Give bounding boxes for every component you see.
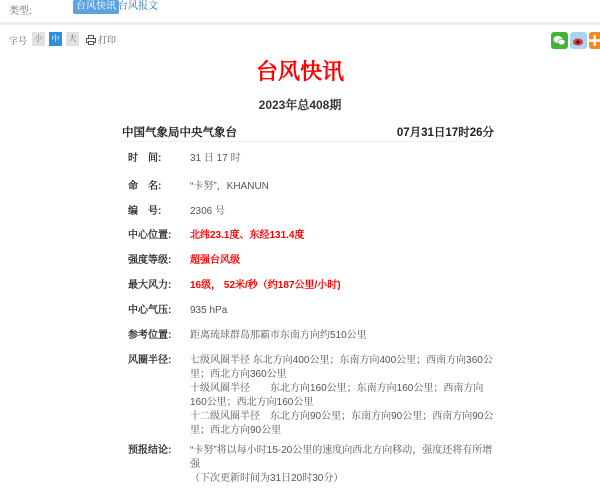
field-value: “卡努”将以每小时15-20公里的速度向西北方向移动，强度还将有所增强 （下次更… [190,444,500,486]
print-label: 打印 [98,33,116,46]
field-value: 16级， 52米/秒（约187公里/小时) [190,279,500,293]
field-label: 参考位置: [128,329,190,343]
wind-radius-10: 十级风圈半径 东北方向160公里；东南方向160公里；西南方向160公里；西北方… [190,382,500,410]
print-button[interactable]: 打印 [86,33,116,46]
tab-typhoon-flash[interactable]: 台风快讯 [73,0,119,14]
more-share-icon[interactable] [589,32,600,49]
field-label: 命 名: [128,180,190,194]
forecast-text: “卡努”将以每小时15-20公里的速度向西北方向移动，强度还将有所增强 [190,444,500,472]
field-label: 风圈半径: [128,354,190,368]
field-value: 2306 号 [190,205,500,219]
type-bar: 类型: 台风快讯 台风报文 [0,0,600,22]
font-size-medium-button[interactable]: 中 [49,32,62,46]
font-size-small-button[interactable]: 小 [32,32,45,46]
field-value: 31 日 17 时 [190,152,500,166]
field-label: 强度等级: [128,254,190,268]
field-value: 935 hPa [190,304,500,318]
field-label: 中心位置: [128,229,190,243]
field-value: 北纬23.1度、东经131.4度 [190,229,500,243]
divider [0,22,600,25]
issue-number: 2023年总408期 [0,96,600,113]
field-value: “卡努”，KHANUN [190,180,500,194]
weibo-icon[interactable] [570,32,587,49]
font-size-large-button[interactable]: 大 [66,32,79,46]
toolbar: 字号 小 中 大 打印 [0,30,600,50]
field-label: 预报结论: [128,444,190,458]
field-label: 最大风力: [128,279,190,293]
font-size-label: 字号 [9,34,27,47]
field-value: 七级风圈半径 东北方向400公里；东南方向400公里；西南方向360公里；西北方… [190,354,500,438]
field-label: 时 间: [128,152,190,166]
field-label: 编 号: [128,205,190,219]
printer-icon [86,35,96,45]
publish-datetime: 07月31日17时26分 [397,124,494,140]
divider [122,141,494,142]
tab-typhoon-report[interactable]: 台风报文 [115,0,161,14]
wind-radius-12: 十二级风圈半径 东北方向90公里；东南方向90公里；西南方向90公里；西北方向9… [190,410,500,438]
source-agency: 中国气象局中央气象台 [122,124,237,140]
source-row: 中国气象局中央气象台 07月31日17时26分 [122,124,494,140]
next-update: （下次更新时间为31日20时30分） [190,472,500,486]
type-label: 类型: [9,2,32,17]
field-value: 超强台风级 [190,254,500,268]
page-title: 台风快讯 [0,55,600,86]
field-label: 中心气压: [128,304,190,318]
field-value: 距离琉球群岛那霸市东南方向约510公里 [190,329,500,343]
wechat-icon[interactable] [551,32,568,49]
wind-radius-7: 七级风圈半径 东北方向400公里；东南方向400公里；西南方向360公里；西北方… [190,354,500,382]
